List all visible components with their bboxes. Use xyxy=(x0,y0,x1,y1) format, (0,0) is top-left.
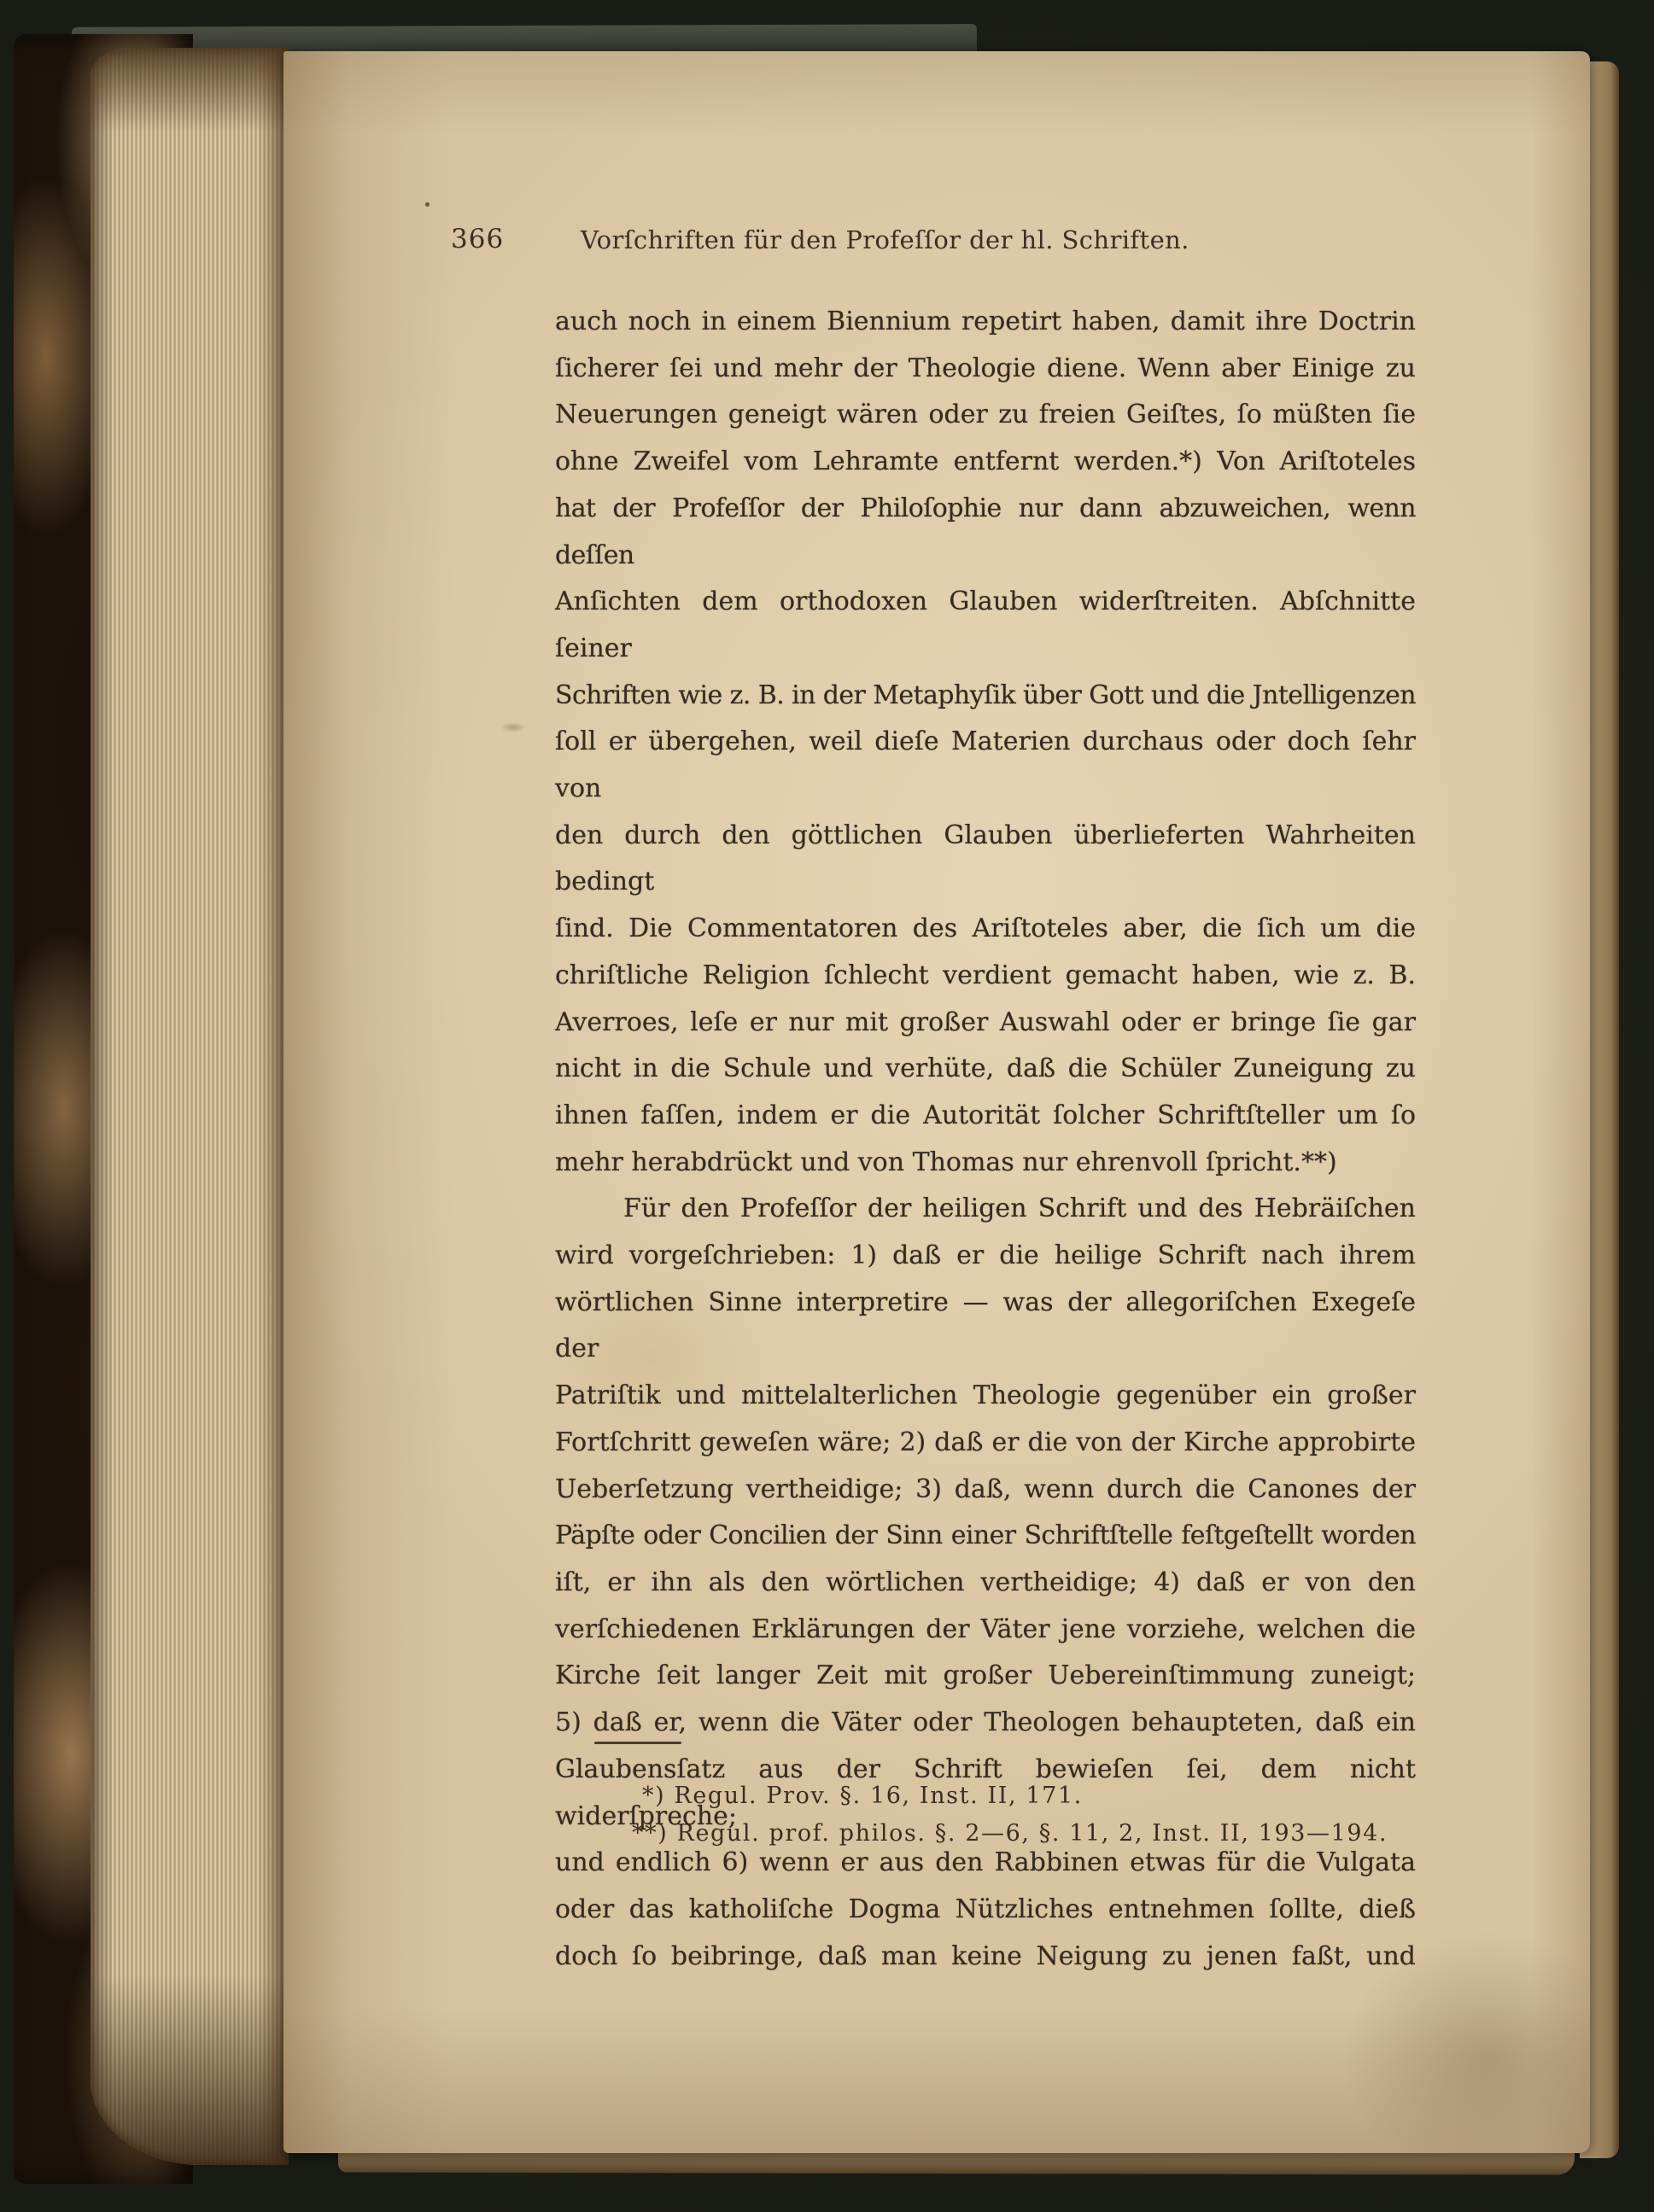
text-line: Kirche ſeit langer Zeit mit großer Ueber… xyxy=(555,1653,1416,1700)
ink-speck xyxy=(425,202,430,207)
text-line-paragraph-start: Für den Profeſſor der heiligen Schrift u… xyxy=(555,1186,1416,1233)
text-line: Patriſtik und mittelalterlichen Theologi… xyxy=(555,1373,1416,1420)
page-stack-fore-edge xyxy=(91,48,289,2165)
photo-scene: { "colors": { "backdrop": "#191b15", "pa… xyxy=(0,0,1654,2212)
text-line: nicht in die Schule und verhüte, daß die… xyxy=(555,1046,1416,1093)
text-line: ſoll er übergehen, weil dieſe Materien d… xyxy=(555,719,1416,812)
text-line: 5) daß er, wenn die Väter oder Theologen… xyxy=(555,1700,1416,1747)
text-line: ohne Zweifel vom Lehramte entfernt werde… xyxy=(555,439,1416,486)
book-page: 366 Vorſchriften für den Profeſſor der h… xyxy=(283,51,1590,2153)
text-line: Anſichten dem orthodoxen Glauben widerſt… xyxy=(555,579,1416,672)
text-line: den durch den göttlichen Glauben überlie… xyxy=(555,813,1416,906)
text-line: verſchiedenen Erklärungen der Väter jene… xyxy=(555,1607,1416,1654)
text-line: hat der Profeſſor der Philoſophie nur da… xyxy=(555,486,1416,579)
text-line: wörtlichen Sinne interpretire — was der … xyxy=(555,1280,1416,1373)
paper-blemish xyxy=(500,722,526,732)
text-line: ſind. Die Commentatoren des Ariſtoteles … xyxy=(555,906,1416,953)
text-line: Ueberſetzung vertheidige; 3) daß, wenn d… xyxy=(555,1467,1416,1514)
text-line: Schriften wie z. B. in der Metaphyſik üb… xyxy=(555,673,1416,720)
body-text: auch noch in einem Biennium repetirt hab… xyxy=(555,299,1416,1980)
footnote: **) Regul. prof. philos. §. 2—6, §. 11, … xyxy=(632,1815,1571,1853)
text-line: ſicherer ſei und mehr der Theologie dien… xyxy=(555,346,1416,393)
text-line: iſt, er ihn als den wörtlichen vertheidi… xyxy=(555,1560,1416,1607)
running-head: Vorſchriften für den Profeſſor der hl. S… xyxy=(581,225,1189,254)
footnotes: *) Regul. Prov. §. 16, Inst. II, 171. **… xyxy=(632,1777,1571,1853)
text-line: Averroes, leſe er nur mit großer Auswahl… xyxy=(555,1000,1416,1047)
text-line: oder das katholiſche Dogma Nützliches en… xyxy=(555,1887,1416,1934)
footnote: *) Regul. Prov. §. 16, Inst. II, 171. xyxy=(632,1777,1571,1815)
text-line: wird vorgeſchrieben: 1) daß er die heili… xyxy=(555,1233,1416,1280)
text-line: chriſtliche Religion ſchlecht verdient g… xyxy=(555,953,1416,1000)
text-line: ihnen faſſen, indem er die Autorität ſol… xyxy=(555,1093,1416,1140)
footnote-separator xyxy=(594,1742,681,1744)
text-line: auch noch in einem Biennium repetirt hab… xyxy=(555,299,1416,346)
text-line: doch ſo beibringe, daß man keine Neigung… xyxy=(555,1934,1416,1981)
page-header: 366 Vorſchriften für den Profeſſor der h… xyxy=(555,222,1416,258)
text-line: Päpſte oder Concilien der Sinn einer Sch… xyxy=(555,1513,1416,1560)
text-line-paragraph-end: mehr herabdrückt und von Thomas nur ehre… xyxy=(555,1140,1416,1187)
page-number: 366 xyxy=(451,224,504,254)
text-line: Neuerungen geneigt wären oder zu freien … xyxy=(555,392,1416,439)
text-line: Fortſchritt geweſen wäre; 2) daß er die … xyxy=(555,1420,1416,1467)
